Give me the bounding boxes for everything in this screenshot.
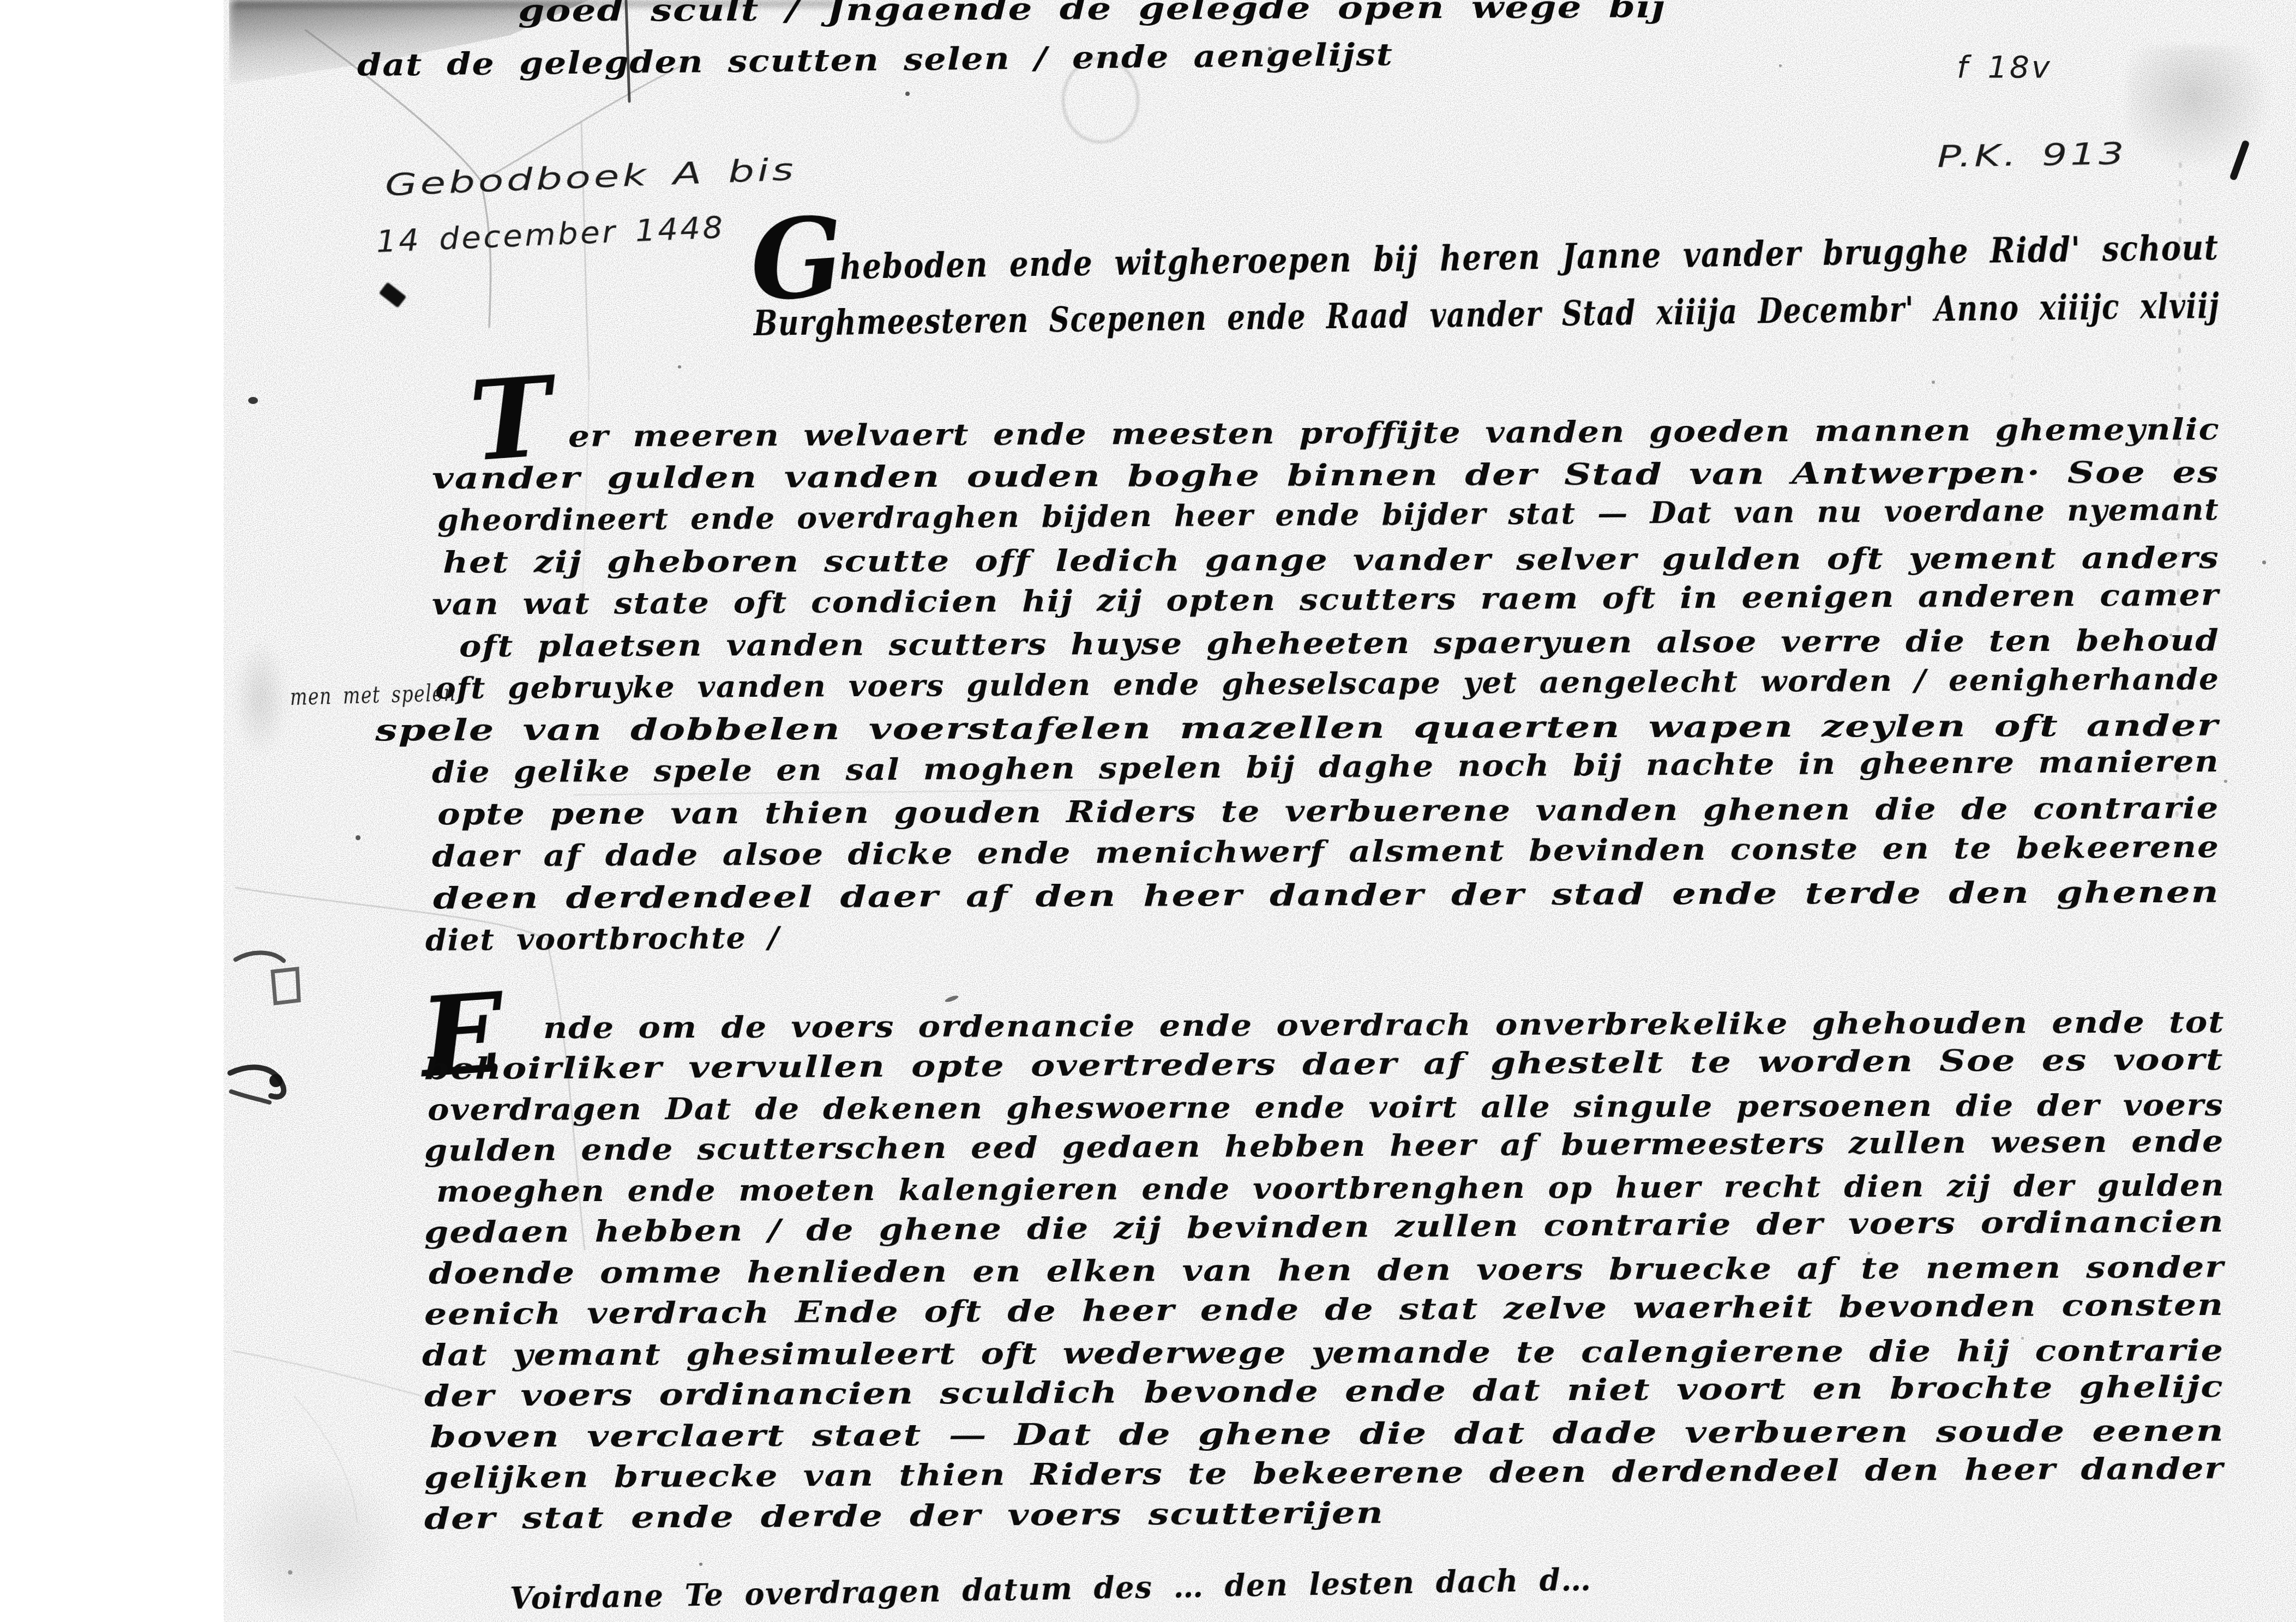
paragraph-2-line: der voers ordinancien sculdich bevonde e… bbox=[424, 1366, 2224, 1416]
manuscript-scan-page: goed scult / Jngaende de gelegde open we… bbox=[0, 0, 2296, 1622]
ink-speck bbox=[699, 1563, 702, 1566]
paragraph-1-line: diet voortbrochte / bbox=[425, 916, 780, 961]
ink-speck bbox=[905, 92, 910, 96]
ink-speck bbox=[944, 994, 959, 1003]
bottom-left-speckle bbox=[228, 1467, 402, 1622]
paragraph-2-line: der stat ende derde der voers scutterije… bbox=[424, 1492, 1384, 1539]
folio-annotation: f 18v bbox=[1957, 50, 2052, 85]
ink-speck bbox=[2224, 780, 2227, 783]
paragraph-1-line: daer af dade alsoe dicke ende menichwerf… bbox=[432, 826, 2220, 877]
manuscript-heading: G heboden ende witgheroepen bij heren Ja… bbox=[758, 239, 2220, 352]
date-annotation: 14 december 1448 bbox=[375, 210, 725, 260]
paragraph-2: E nde om de voers ordenancie ende overdr… bbox=[424, 1008, 2224, 1539]
top-right-speckle bbox=[2127, 46, 2274, 172]
ink-diamond-blot bbox=[379, 282, 407, 308]
paragraph-1-line: van wat state oft condicien hij zij opte… bbox=[432, 574, 2220, 625]
manuscript-line: Voirdane Te overdragen datum des … den l… bbox=[509, 1554, 1592, 1622]
top-fragment-text: goed scult / Jngaende de gelegde open we… bbox=[518, 0, 1669, 36]
top-fragment-text-2: dat de gelegden scutten selen / ende aen… bbox=[357, 40, 1399, 91]
paragraph-2-line: eenich verdrach Ende oft de heer ende de… bbox=[424, 1285, 2224, 1335]
ink-speck bbox=[248, 397, 258, 404]
manuscript-line: dat de gelegden scutten selen / ende aen… bbox=[357, 29, 1393, 91]
paragraph-1-line: oft gebruyke vanden voers gulden ende gh… bbox=[435, 658, 2220, 709]
ink-slash-mark bbox=[2229, 140, 2250, 181]
paragraph-2-line: behoirliker vervullen opte overtreders d… bbox=[424, 1039, 2224, 1089]
paragraph-1: T er meeren welvaert ende meesten proffi… bbox=[425, 415, 2220, 961]
ink-speck bbox=[1932, 381, 1935, 384]
ink-speck bbox=[1779, 64, 1782, 67]
paragraph-2-line: gelijken bruecke van thien Riders te bek… bbox=[424, 1448, 2224, 1498]
left-margin-speckle bbox=[233, 638, 288, 758]
ink-speck bbox=[2262, 560, 2266, 564]
manuscript-line: goed scult / Jngaende de gelegde open we… bbox=[518, 0, 1667, 36]
paragraph-1-line: er meeren welvaert ende meesten proffijt… bbox=[568, 408, 2220, 457]
book-annotation: Gebodboek A bis bbox=[384, 152, 797, 203]
paragraph-2-line: gulden ende scutterschen eed gedaen hebb… bbox=[424, 1121, 2225, 1171]
ink-speck bbox=[356, 835, 360, 840]
ink-speck bbox=[678, 365, 681, 369]
bottom-fragment-text: Voirdane Te overdragen datum des … den l… bbox=[510, 1573, 1601, 1622]
ink-speck bbox=[288, 1570, 292, 1575]
catalog-annotation: P.K. 913 bbox=[1937, 136, 2127, 174]
paragraph-1-line: deen derdendeel daer af den heer dander … bbox=[433, 871, 2220, 919]
